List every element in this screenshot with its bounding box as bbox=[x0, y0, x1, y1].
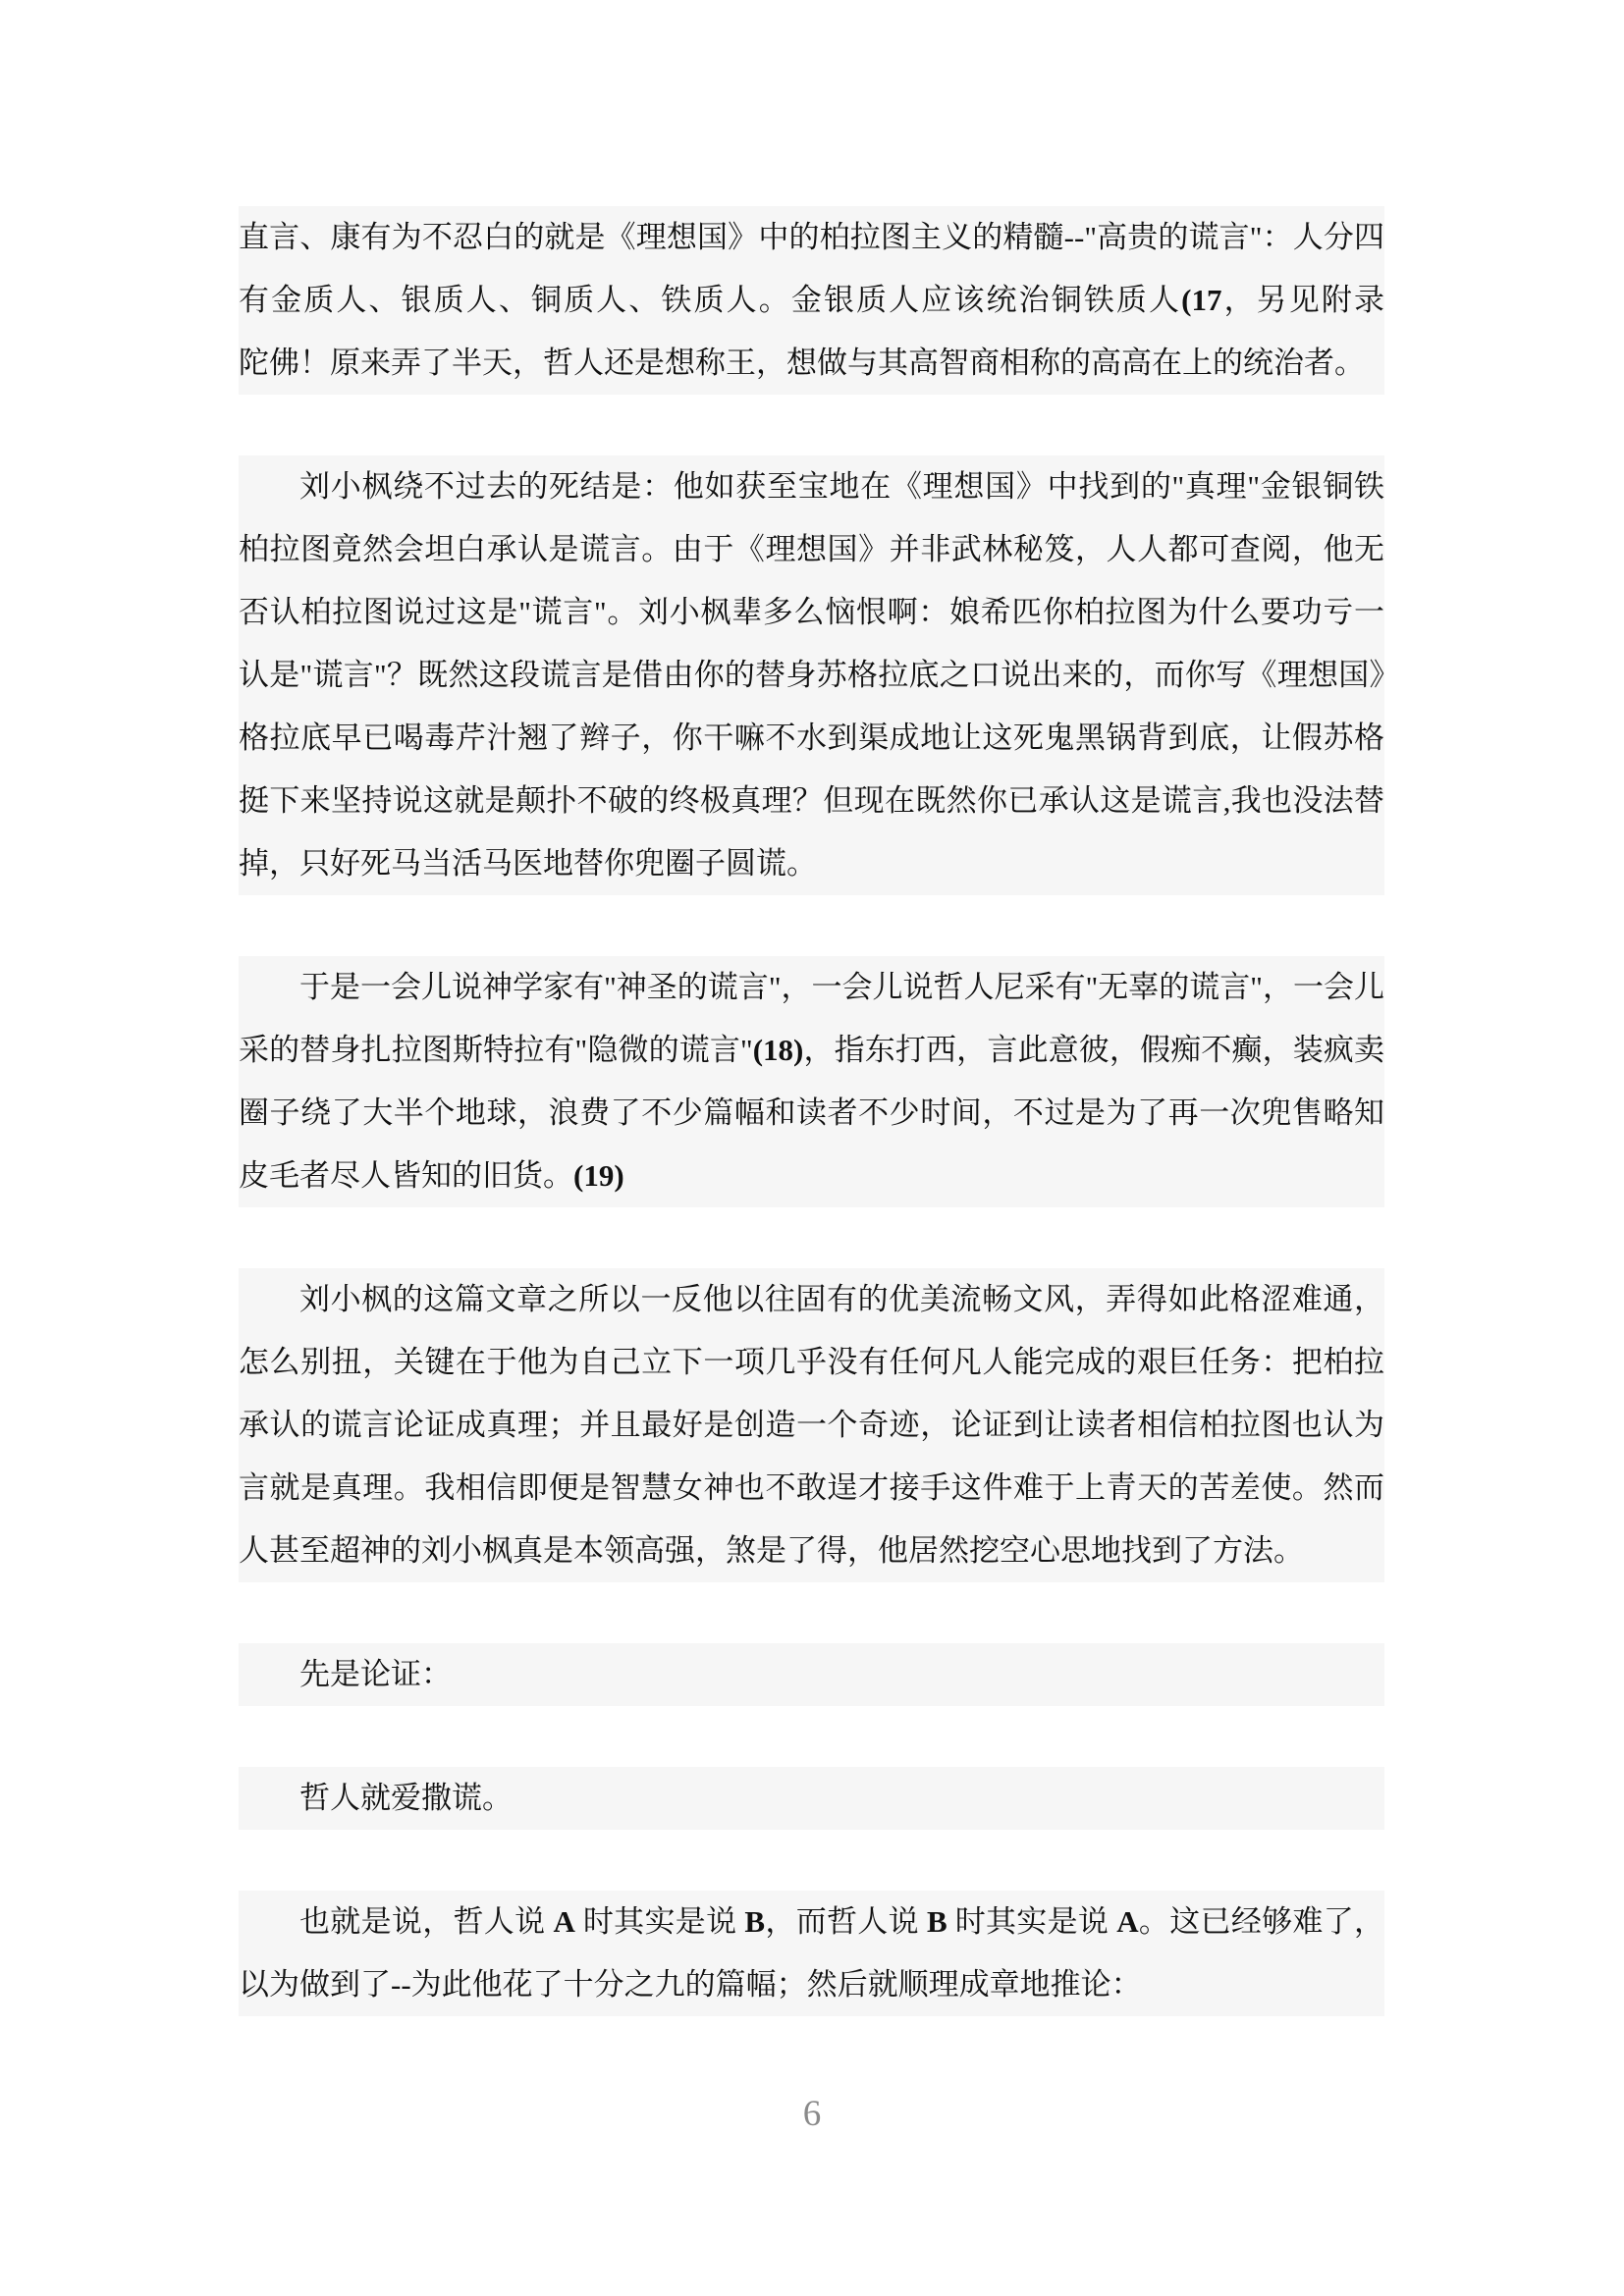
text-line: 否认柏拉图说过这是"谎言"。刘小枫辈多么恼恨啊：娘希匹你柏拉图为什么要功亏一篑地… bbox=[239, 581, 1384, 644]
text-line: 陀佛！原来弄了半天，哲人还是想称王，想做与其高智商相称的高高在上的统治者。 bbox=[239, 332, 1384, 395]
text-line: 先是论证： bbox=[239, 1643, 1384, 1706]
text-segment: B bbox=[927, 1904, 947, 1939]
text-line: 于是一会儿说神学家有"神圣的谎言"，一会儿说哲人尼采有"无辜的谎言"，一会儿说尼 bbox=[239, 956, 1384, 1019]
text-segment: 直言、康有为不忍白的就是《理想国》中的柏拉图主义的精髓--"高贵的谎言"：人分四… bbox=[239, 220, 1384, 269]
paragraph: 直言、康有为不忍白的就是《理想国》中的柏拉图主义的精髓--"高贵的谎言"：人分四… bbox=[239, 206, 1384, 395]
paragraph: 也就是说，哲人说 A 时其实是说 B，而哲人说 B 时其实是说 A。这已经够难了… bbox=[239, 1891, 1384, 2016]
text-segment: 陀佛！原来弄了半天，哲人还是想称王，想做与其高智商相称的高高在上的统治者。 bbox=[239, 346, 1365, 380]
paragraph: 于是一会儿说神学家有"神圣的谎言"，一会儿说哲人尼采有"无辜的谎言"，一会儿说尼… bbox=[239, 956, 1384, 1207]
text-segment: 有金质人、银质人、铜质人、铁质人。金银质人应该统治铜铁质人 bbox=[239, 283, 1181, 317]
text-segment: 时其实是说 bbox=[575, 1904, 745, 1939]
text-line: 也就是说，哲人说 A 时其实是说 B，而哲人说 B 时其实是说 A。这已经够难了… bbox=[239, 1891, 1384, 1953]
text-line: 承认的谎言论证成真理；并且最好是创造一个奇迹，论证到让读者相信柏拉图也认为这个谎 bbox=[239, 1394, 1384, 1457]
text-segment: ，而哲人说 bbox=[765, 1904, 927, 1939]
text-line: 掉，只好死马当活马医地替你兜圈子圆谎。 bbox=[239, 832, 1384, 895]
text-line: 哲人就爱撒谎。 bbox=[239, 1767, 1384, 1830]
text-line: 有金质人、银质人、铜质人、铁质人。金银质人应该统治铜铁质人(17，另见附录二)。… bbox=[239, 269, 1384, 332]
text-segment: A bbox=[553, 1904, 574, 1939]
text-line: 怎么别扭，关键在于他为自己立下一项几乎没有任何凡人能完成的艰巨任务：把柏拉图自己 bbox=[239, 1331, 1384, 1394]
text-line: 刘小枫绕不过去的死结是：他如获至宝地在《理想国》中找到的"真理"金银铜铁之说， bbox=[239, 455, 1384, 518]
text-segment: 认是"谎言"？既然这段谎言是借由你的替身苏格拉底之口说出来的，而你写《理想国》时… bbox=[239, 658, 1384, 707]
text-segment: 刘小枫的这篇文章之所以一反他以往固有的优美流畅文风，弄得如此格涩难通，怎么读 bbox=[239, 1282, 1384, 1331]
text-line: 采的替身扎拉图斯特拉有"隐微的谎言"(18)，指东打西，言此意彼，假痴不癫，装疯… bbox=[239, 1019, 1384, 1082]
text-segment: 先是论证： bbox=[299, 1657, 452, 1691]
text-segment: (18) bbox=[753, 1033, 804, 1067]
paragraph: 哲人就爱撒谎。 bbox=[239, 1767, 1384, 1830]
text-line: 人甚至超神的刘小枫真是本领高强，煞是了得，他居然挖空心思地找到了方法。 bbox=[239, 1520, 1384, 1582]
text-segment: (17 bbox=[1181, 283, 1221, 317]
text-line: 圈子绕了大半个地球，浪费了不少篇幅和读者不少时间，不过是为了再一次兜售略知哲学史 bbox=[239, 1082, 1384, 1145]
text-segment: A bbox=[1116, 1904, 1138, 1939]
paragraph: 刘小枫绕不过去的死结是：他如获至宝地在《理想国》中找到的"真理"金银铜铁之说，柏… bbox=[239, 455, 1384, 895]
text-line: 言就是真理。我相信即便是智慧女神也不敢逞才接手这件难于上青天的苦差使。然而才智超 bbox=[239, 1457, 1384, 1520]
document-page: 直言、康有为不忍白的就是《理想国》中的柏拉图主义的精髓--"高贵的谎言"：人分四… bbox=[0, 0, 1624, 2296]
text-segment: 刘小枫绕不过去的死结是：他如获至宝地在《理想国》中找到的"真理"金银铜铁之说， bbox=[239, 469, 1384, 518]
text-segment: 承认的谎言论证成真理；并且最好是创造一个奇迹，论证到让读者相信柏拉图也认为这个谎 bbox=[239, 1408, 1384, 1457]
text-line: 刘小枫的这篇文章之所以一反他以往固有的优美流畅文风，弄得如此格涩难通，怎么读 bbox=[239, 1268, 1384, 1331]
text-segment: 于是一会儿说神学家有"神圣的谎言"，一会儿说哲人尼采有"无辜的谎言"，一会儿说尼 bbox=[239, 970, 1384, 1019]
text-column: 直言、康有为不忍白的就是《理想国》中的柏拉图主义的精髓--"高贵的谎言"：人分四… bbox=[239, 206, 1384, 2077]
text-line: 皮毛者尽人皆知的旧货。(19) bbox=[239, 1145, 1384, 1207]
text-line: 以为做到了--为此他花了十分之九的篇幅；然后就顺理成章地推论： bbox=[239, 1953, 1384, 2016]
text-segment: 柏拉图竟然会坦白承认是谎言。由于《理想国》并非武林秘笈，人人都可查阅，他无法公然 bbox=[239, 532, 1384, 581]
text-segment: 以为做到了--为此他花了十分之九的篇幅；然后就顺理成章地推论： bbox=[239, 1967, 1142, 2002]
text-segment: 采的替身扎拉图斯特拉有"隐微的谎言" bbox=[239, 1033, 753, 1067]
text-segment: 也就是说，哲人说 bbox=[299, 1904, 553, 1939]
text-segment: 格拉底早已喝毒芹汁翘了辫子，你干嘛不水到渠成地让这死鬼黑锅背到底，让假苏格拉底硬 bbox=[239, 721, 1384, 770]
text-segment: 哲人就爱撒谎。 bbox=[299, 1781, 513, 1815]
text-line: 格拉底早已喝毒芹汁翘了辫子，你干嘛不水到渠成地让这死鬼黑锅背到底，让假苏格拉底硬 bbox=[239, 707, 1384, 770]
text-segment: 圈子绕了大半个地球，浪费了不少篇幅和读者不少时间，不过是为了再一次兜售略知哲学史 bbox=[239, 1095, 1384, 1145]
text-segment: B bbox=[744, 1904, 765, 1939]
text-line: 挺下来坚持说这就是颠扑不破的终极真理？但现在既然你已承认这是谎言,我也没法替你赖 bbox=[239, 770, 1384, 832]
page-number: 6 bbox=[0, 2093, 1624, 2135]
paragraph: 刘小枫的这篇文章之所以一反他以往固有的优美流畅文风，弄得如此格涩难通，怎么读怎么… bbox=[239, 1268, 1384, 1582]
paragraph: 先是论证： bbox=[239, 1643, 1384, 1706]
text-line: 认是"谎言"？既然这段谎言是借由你的替身苏格拉底之口说出来的，而你写《理想国》时… bbox=[239, 644, 1384, 707]
text-segment: 人甚至超神的刘小枫真是本领高强，煞是了得，他居然挖空心思地找到了方法。 bbox=[239, 1533, 1304, 1568]
text-segment: 否认柏拉图说过这是"谎言"。刘小枫辈多么恼恨啊：娘希匹你柏拉图为什么要功亏一篑地… bbox=[239, 595, 1384, 644]
text-line: 直言、康有为不忍白的就是《理想国》中的柏拉图主义的精髓--"高贵的谎言"：人分四… bbox=[239, 206, 1384, 269]
text-segment: 挺下来坚持说这就是颠扑不破的终极真理？但现在既然你已承认这是谎言,我也没法替你赖 bbox=[239, 783, 1384, 832]
text-segment: (19) bbox=[573, 1158, 624, 1193]
text-segment: 怎么别扭，关键在于他为自己立下一项几乎没有任何凡人能完成的艰巨任务：把柏拉图自己 bbox=[239, 1345, 1384, 1394]
text-line: 柏拉图竟然会坦白承认是谎言。由于《理想国》并非武林秘笈，人人都可查阅，他无法公然 bbox=[239, 518, 1384, 581]
text-segment: 掉，只好死马当活马医地替你兜圈子圆谎。 bbox=[239, 846, 817, 881]
text-segment: 时其实是说 bbox=[947, 1904, 1117, 1939]
text-segment: 皮毛者尽人皆知的旧货。 bbox=[239, 1158, 573, 1193]
text-segment: 言就是真理。我相信即便是智慧女神也不敢逞才接手这件难于上青天的苦差使。然而才智超 bbox=[239, 1470, 1384, 1520]
